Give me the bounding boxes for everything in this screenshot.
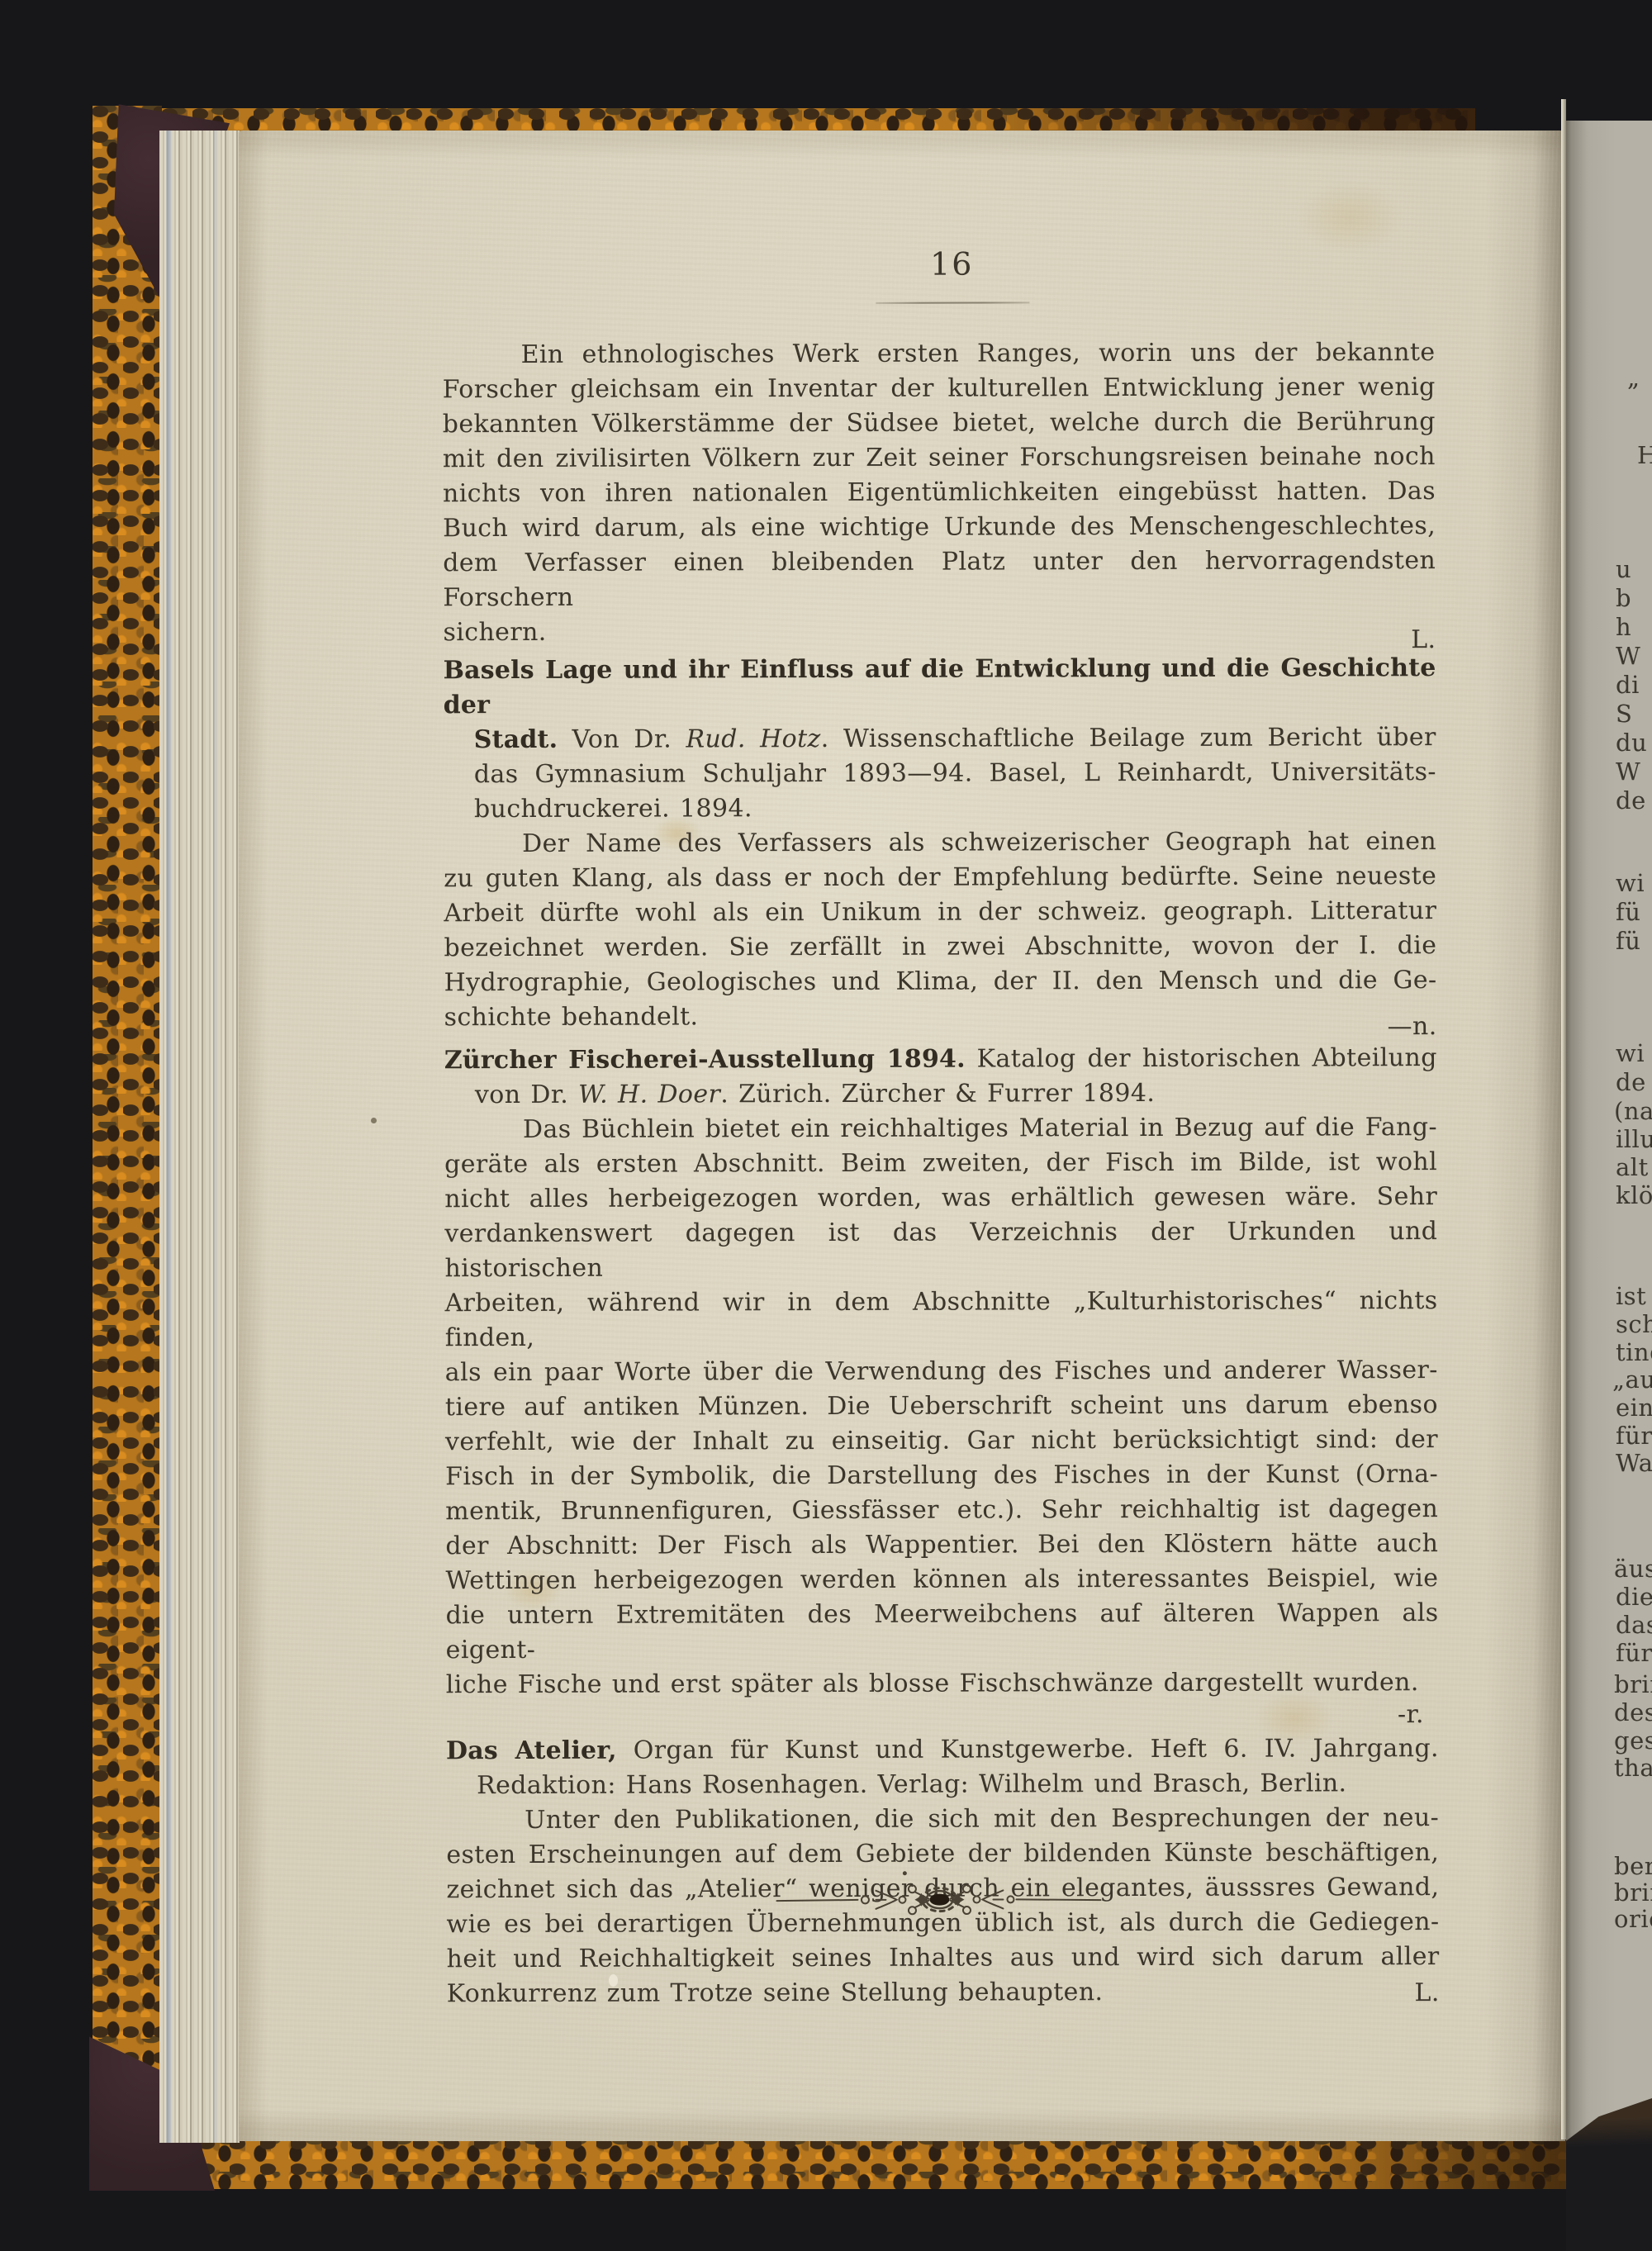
text-line: mit den zivilisirten Völkern zur Zeit se… xyxy=(443,439,1436,477)
body-text: Von Dr. xyxy=(558,724,686,753)
body-text: geräte als ersten Abschnitt. Beim zweite… xyxy=(444,1147,1437,1179)
reviewer-signature: —n. xyxy=(1388,1009,1437,1044)
text-line: Forscher gleichsam ein Inventar der kult… xyxy=(443,370,1436,407)
body-text: Arbeit dürfte wohl als ein Unikum in der… xyxy=(444,896,1436,928)
text-line: die untern Extremitäten des Meerweibchen… xyxy=(445,1596,1438,1668)
heading-line: Redaktion: Hans Rosenhagen. Verlag: Wilh… xyxy=(446,1766,1439,1803)
text-line: L.Konkurrenz zum Trotze seine Stellung b… xyxy=(447,1974,1440,2011)
text-line: Arbeit dürfte wohl als ein Unikum in der… xyxy=(444,894,1436,931)
text-line: mentik, Brunnenfiguren, Giessfässer etc.… xyxy=(445,1492,1438,1529)
text-line: tiere auf antiken Münzen. Die Ueberschri… xyxy=(445,1388,1438,1425)
text-line: zu guten Klang, als dass er noch der Emp… xyxy=(444,859,1436,896)
entry-zuercher-fischerei: Zürcher Fischerei-Ausstellung 1894. Kata… xyxy=(444,1041,1437,1113)
body-text: Der Name des Verfassers als schweizerisc… xyxy=(522,827,1436,858)
page-content: 16 Ein ethnologisches Werk ersten Ranges… xyxy=(0,0,1652,2251)
body-text: Ein ethnologisches Werk ersten Ranges, w… xyxy=(521,338,1436,369)
heading-line: Basels Lage und ihr Einfluss auf die Ent… xyxy=(444,651,1436,723)
body-text: schichte behandelt. xyxy=(444,1002,699,1032)
body-text: . Zürich. Zürcher & Furrer 1894. xyxy=(720,1079,1155,1109)
author-name-italic: Rud. Hotz xyxy=(686,724,820,753)
heading-line: Stadt. Von Dr. Rud. Hotz. Wissenschaftli… xyxy=(444,720,1436,757)
page-number-rule xyxy=(876,302,1029,303)
body-text: Katalog der historischen Abteilung xyxy=(966,1043,1437,1073)
body-text: Unter den Publikationen, die sich mit de… xyxy=(525,1803,1439,1835)
text-line: Hydrographie, Geologisches und Klima, de… xyxy=(444,963,1436,1000)
text-line: nichts von ihren nationalen Eigentümlich… xyxy=(443,474,1436,511)
text-line: Der Name des Verfassers als schweizerisc… xyxy=(444,824,1436,862)
heading-line: das Gymnasium Schuljahr 1893—94. Basel, … xyxy=(444,755,1436,792)
body-text: Redaktion: Hans Rosenhagen. Verlag: Wilh… xyxy=(477,1769,1346,1800)
text-line: Das Büchlein bietet ein reichhaltiges Ma… xyxy=(444,1110,1437,1147)
body-text: das Gymnasium Schuljahr 1893—94. Basel, … xyxy=(474,757,1436,789)
text-line: verfehlt, wie der Inhalt zu einseitig. G… xyxy=(445,1422,1438,1460)
body-text: sichern. xyxy=(443,618,546,647)
body-text: Das Büchlein bietet ein reichhaltiges Ma… xyxy=(523,1113,1437,1144)
body-text: verdankenswert dagegen ist das Verzeichn… xyxy=(444,1217,1437,1283)
entry-title-text: Stadt. xyxy=(474,725,558,754)
ornamental-divider xyxy=(745,1862,1142,1937)
body-text: . Wissenschaftliche Beilage zum Bericht … xyxy=(821,723,1436,753)
text-line: L.sichern. xyxy=(443,613,1436,650)
review-zuercher-fischerei: Das Büchlein bietet ein reichhaltiges Ma… xyxy=(444,1110,1439,1732)
body-text: Hydrographie, Geologisches und Klima, de… xyxy=(444,966,1437,997)
body-text: nichts von ihren nationalen Eigentümlich… xyxy=(443,477,1436,508)
page-number: 16 xyxy=(455,245,1448,283)
entry-title-text: Das Atelier, xyxy=(446,1736,617,1766)
body-text: liche Fische und erst später als blosse … xyxy=(446,1668,1419,1699)
body-text: Organ für Kunst und Kunstgewerbe. Heft 6… xyxy=(617,1734,1439,1765)
body-text: Wettingen herbeigezogen werden können al… xyxy=(445,1564,1438,1595)
body-text: der Abschnitt: Der Fisch als Wappentier.… xyxy=(445,1529,1438,1560)
body-text: Arbeiten, während wir in dem Abschnitte … xyxy=(445,1286,1438,1352)
body-text: heit und Reichhaltigkeit seines Inhaltes… xyxy=(447,1942,1440,1973)
heading-line: buchdruckerei. 1894. xyxy=(444,790,1436,827)
text-line: liche Fische und erst später als blosse … xyxy=(446,1665,1439,1702)
entry-das-atelier: Das Atelier, Organ für Kunst und Kunstge… xyxy=(446,1731,1439,1803)
body-text: von Dr. xyxy=(475,1080,578,1109)
text-line: Buch wird darum, als eine wichtige Urkun… xyxy=(443,509,1436,546)
author-name-italic: W. H. Doer xyxy=(578,1080,720,1109)
text-line: Fisch in der Symbolik, die Darstellung d… xyxy=(445,1457,1438,1494)
body-text: zu guten Klang, als dass er noch der Emp… xyxy=(444,862,1436,893)
text-line: heit und Reichhaltigkeit seines Inhaltes… xyxy=(447,1940,1440,1977)
book-scan-viewport: { "document": { "page_number": "16", "se… xyxy=(0,0,1652,2251)
text-line: dem Verfasser einen bleibenden Platz unt… xyxy=(443,544,1436,615)
body-text: Fisch in der Symbolik, die Darstellung d… xyxy=(445,1460,1438,1491)
reviewer-signature: L. xyxy=(1411,623,1436,658)
heading-line: Zürcher Fischerei-Ausstellung 1894. Kata… xyxy=(444,1041,1437,1078)
body-text: mentik, Brunnenfiguren, Giessfässer etc.… xyxy=(445,1494,1438,1526)
body-text: tiere auf antiken Münzen. Die Ueberschri… xyxy=(445,1390,1438,1422)
body-text: bezeichnet werden. Sie zerfällt in zwei … xyxy=(444,931,1436,962)
text-line: bezeichnet werden. Sie zerfällt in zwei … xyxy=(444,928,1436,966)
text-line: —n.schichte behandelt. xyxy=(444,998,1437,1035)
body-text: nicht alles herbeigezogen worden, was er… xyxy=(444,1182,1437,1213)
body-text: -r. xyxy=(1398,1700,1424,1729)
body-text: verfehlt, wie der Inhalt zu einseitig. G… xyxy=(445,1425,1438,1456)
heading-line: von Dr. W. H. Doer. Zürich. Zürcher & Fu… xyxy=(444,1076,1437,1113)
text-line: Arbeiten, während wir in dem Abschnitte … xyxy=(445,1284,1438,1356)
body-text: Konkurrenz zum Trotze seine Stellung beh… xyxy=(447,1978,1104,2008)
body-text: bekannten Völkerstämme der Südsee bietet… xyxy=(443,407,1436,439)
entry-basels-lage: Basels Lage und ihr Einfluss auf die Ent… xyxy=(444,651,1437,827)
text-line: nicht alles herbeigezogen worden, was er… xyxy=(444,1180,1437,1217)
body-text: buchdruckerei. 1894. xyxy=(474,794,752,824)
body-text: als ein paar Worte über die Verwendung d… xyxy=(445,1356,1438,1387)
text-line: Ein ethnologisches Werk ersten Ranges, w… xyxy=(443,335,1436,373)
body-text: Forscher gleichsam ein Inventar der kult… xyxy=(443,373,1436,404)
body-text: Buch wird darum, als eine wichtige Urkun… xyxy=(443,511,1436,543)
entry-title-text: Basels Lage und ihr Einfluss auf die Ent… xyxy=(444,653,1436,719)
body-text: dem Verfasser einen bleibenden Platz unt… xyxy=(443,546,1436,612)
text-column: Ein ethnologisches Werk ersten Ranges, w… xyxy=(443,335,1440,2011)
heading-line: Das Atelier, Organ für Kunst und Kunstge… xyxy=(446,1731,1439,1769)
text-line: geräte als ersten Abschnitt. Beim zweite… xyxy=(444,1145,1437,1182)
entry-title-text: Zürcher Fischerei-Ausstellung 1894. xyxy=(444,1045,966,1076)
text-line: der Abschnitt: Der Fisch als Wappentier.… xyxy=(445,1527,1438,1564)
body-text: die untern Extremitäten des Meerweibchen… xyxy=(446,1598,1439,1665)
review-basels-lage: Der Name des Verfassers als schweizerisc… xyxy=(444,824,1437,1035)
review-ethnological-work: Ein ethnologisches Werk ersten Ranges, w… xyxy=(443,335,1436,650)
reviewer-signature: L. xyxy=(1414,1976,1439,2011)
reviewer-signature: -r. xyxy=(446,1700,1439,1732)
text-line: als ein paar Worte über die Verwendung d… xyxy=(445,1353,1438,1390)
text-line: verdankenswert dagegen ist das Verzeichn… xyxy=(444,1214,1437,1286)
text-line: Unter den Publikationen, die sich mit de… xyxy=(446,1801,1439,1838)
text-line: bekannten Völkerstämme der Südsee bietet… xyxy=(443,405,1436,442)
text-line: Wettingen herbeigezogen werden können al… xyxy=(445,1561,1438,1598)
body-text: mit den zivilisirten Völkern zur Zeit se… xyxy=(443,442,1436,473)
